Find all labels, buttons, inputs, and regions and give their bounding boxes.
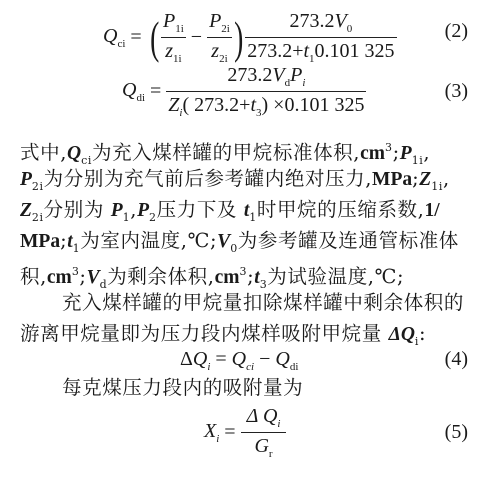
equation-number-2: (2): [445, 20, 468, 43]
text-segment: 压力下及: [157, 198, 244, 221]
var-p: P: [20, 169, 32, 190]
equation-number-4: (4): [445, 348, 468, 371]
var-sub: 1i: [431, 180, 443, 193]
var-p: P: [111, 200, 123, 221]
text-segment: 时甲烷的压缩系数,: [257, 198, 425, 221]
eq4-r2: Q: [275, 348, 289, 370]
text-segment: ;: [393, 141, 400, 164]
equation-5: Xi = Δ Qi Gr (5): [0, 405, 492, 465]
eq2-lhs: Qci: [103, 25, 130, 47]
eq3-lhs: Qdi: [122, 79, 150, 101]
var-delta-q: ΔQ: [389, 324, 415, 345]
unit-mpa: MPa: [372, 169, 412, 190]
eq2-t2-den: z: [211, 40, 219, 62]
eq2-t1-num: P: [163, 10, 175, 32]
var-z: Z: [20, 200, 32, 221]
eq2-lhs-sub: ci: [117, 38, 125, 50]
eq2-den-tail: 0.101 325: [315, 40, 395, 62]
eq4-r2-sub: di: [290, 361, 299, 373]
var-sub: 0: [230, 242, 238, 255]
unit-cm: cm: [360, 143, 385, 164]
eq5-den-sub: r: [269, 448, 273, 460]
eq2-t1-den: z: [165, 40, 173, 62]
eq3-den-z: Z: [168, 94, 179, 116]
text-segment: ;: [79, 265, 86, 288]
eq3-num-const: 273.2: [227, 64, 272, 86]
eq3-lhs-sub: di: [136, 92, 145, 104]
eq4-r1: Q: [232, 348, 246, 370]
eq3-den-open: ( 273.2+: [182, 94, 250, 116]
eq2-lhs-symbol: Q: [103, 25, 117, 47]
paragraph-line-8: 每克煤压力段内的吸附量为: [62, 373, 492, 403]
var-v: V: [217, 231, 230, 252]
eq5-den: G: [254, 435, 268, 457]
eq4-lhs: Q: [193, 348, 207, 370]
var-sub: 1: [249, 211, 257, 224]
text-segment: 充入煤样罐的甲烷量扣除煤样罐中剩余体积的: [62, 291, 464, 314]
eq2-den-const: 273.2+: [247, 40, 303, 62]
text-segment: ,: [423, 141, 430, 164]
eq5-lhs-sub: i: [216, 433, 219, 445]
text-segment: 游离甲烷量即为压力段内煤样吸附甲烷量: [20, 322, 389, 345]
eq2-term2: P2i z2i: [207, 10, 232, 65]
equals-sign: =: [130, 26, 141, 48]
var-p: P: [400, 143, 412, 164]
var-p: P: [137, 200, 149, 221]
eq3-num-v: V: [272, 64, 284, 86]
eq5-num: Δ Q: [247, 405, 278, 427]
text-segment: 每克煤压力段内的吸附量为: [62, 376, 303, 399]
minus-sign: −: [259, 348, 270, 370]
text-segment: ,: [443, 167, 450, 190]
var-v: V: [87, 267, 100, 288]
eq2-t2-num-sub: 2i: [221, 23, 230, 35]
text-segment: 为分别为充气前后参考罐内绝对压力,: [44, 167, 372, 190]
eq4-lhs-sub: i: [207, 361, 210, 373]
eq2-t2-num: P: [209, 10, 221, 32]
text-segment: 为充入煤样罐的甲烷标准体积,: [92, 141, 360, 164]
equation-number-3: (3): [445, 80, 468, 103]
unit-cm: cm: [47, 267, 72, 288]
text-segment: 分别为: [44, 198, 111, 221]
eq3-fraction: 273.2VdPi Zi( 273.2+t3) ×0.101 325: [166, 64, 366, 119]
eq3-lhs-symbol: Q: [122, 79, 136, 101]
eq2-t1-num-sub: 1i: [175, 23, 184, 35]
text-segment: :: [419, 322, 426, 345]
eq5-fraction: Δ Qi Gr: [241, 405, 287, 460]
var-sub: 2: [149, 211, 157, 224]
delta-symbol: Δ: [180, 348, 193, 370]
left-paren: (: [150, 15, 159, 61]
superscript: 3: [385, 141, 393, 154]
equation-2: Qci = ( P1i z1i − P2i z2i ) 273.2V0 273.…: [0, 4, 492, 62]
text-segment: 为试验温度,℃;: [267, 265, 404, 288]
var-sub: 2i: [32, 211, 44, 224]
text-segment: 为剩余体积,: [107, 265, 214, 288]
var-z: Z: [419, 169, 431, 190]
equation-number-5: (5): [445, 421, 468, 444]
paragraph-line-6: 充入煤样罐的甲烷量扣除煤样罐中剩余体积的: [62, 288, 492, 318]
superscript: 3: [239, 265, 247, 278]
equals-sign: =: [215, 348, 226, 370]
unit-mpa: MPa: [20, 231, 60, 252]
eq3-den-tail: ) ×0.101 325: [262, 94, 365, 116]
var-sub: 2i: [32, 180, 44, 193]
text-segment: 积,: [20, 265, 47, 288]
eq4-r1-sub: ci: [246, 361, 254, 373]
right-paren: ): [234, 15, 243, 61]
eq3-num-p-sub: i: [302, 77, 305, 89]
text-segment: 为参考罐及连通管标准体: [238, 229, 459, 252]
eq2-main-fraction: 273.2V0 273.2+t10.101 325: [245, 10, 396, 65]
unit-fraction: 1/: [424, 200, 439, 221]
equation-3: Qdi = 273.2VdPi Zi( 273.2+t3) ×0.101 325…: [0, 64, 492, 122]
eq5-lhs-symbol: X: [204, 420, 216, 442]
var-q: Q: [67, 143, 81, 164]
eq5-lhs: Xi: [204, 420, 224, 442]
eq3-num-p: P: [290, 64, 302, 86]
eq2-num-symbol: V: [335, 10, 347, 32]
eq2-term1: P1i z1i: [161, 10, 186, 65]
equals-sign: =: [150, 80, 161, 102]
text-segment: 式中,: [20, 141, 67, 164]
eq2-num-const: 273.2: [290, 10, 335, 32]
eq5-num-sub: i: [277, 418, 280, 430]
text-segment: 为室内温度,℃;: [80, 229, 217, 252]
unit-cm: cm: [215, 267, 240, 288]
equals-sign: =: [224, 421, 235, 443]
minus-sign: −: [191, 26, 202, 48]
eq2-num-sub: 0: [347, 23, 353, 35]
